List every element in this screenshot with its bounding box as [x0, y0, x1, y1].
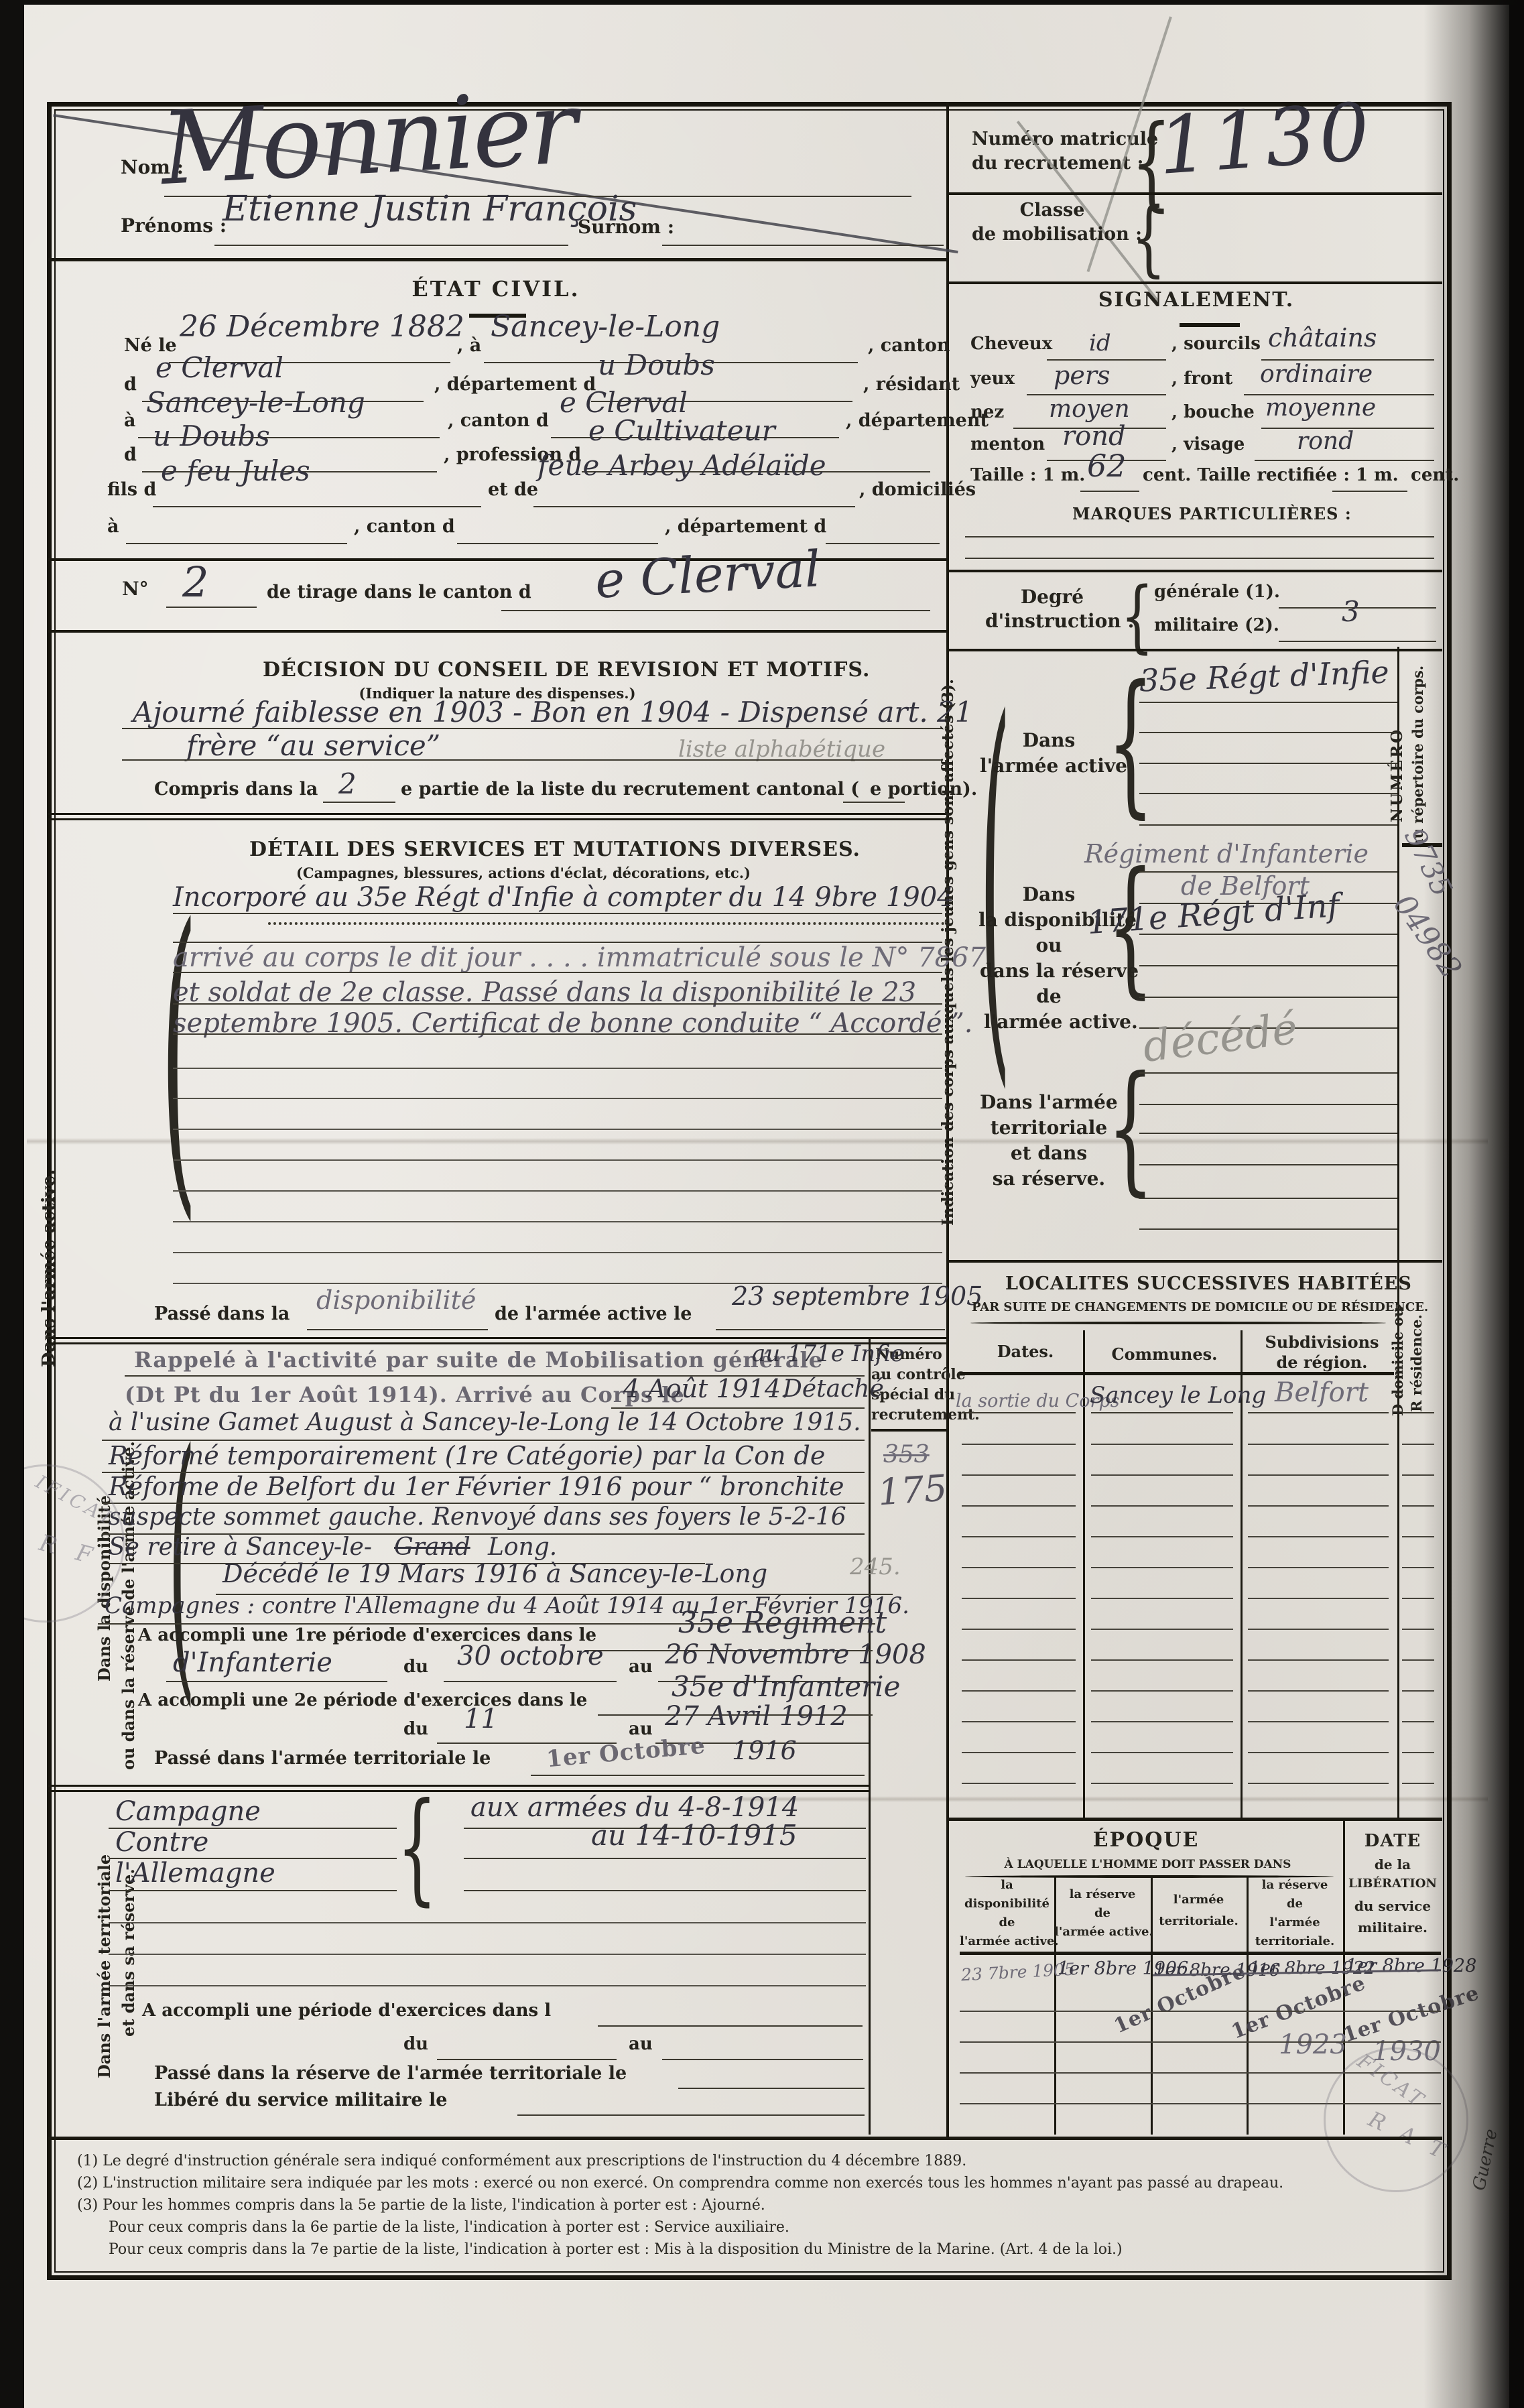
mobilisation-stamp-line2: (Dt Pt du 1er Août 1914). Arrivé au Corp…: [125, 1382, 685, 1407]
ruled-line: [173, 1098, 942, 1099]
a-residence-label: à: [124, 410, 136, 431]
territoriale-value: 1916: [732, 1736, 797, 1765]
blank-table-rows: [1091, 1414, 1233, 1789]
epoque-col2-h1: la réserve: [1054, 1887, 1151, 1901]
passe-dispo-value1: disponibilité: [316, 1285, 476, 1315]
decision-title: DÉCISION DU CONSEIL DE REVISION ET MOTIF…: [263, 658, 732, 682]
ruled-line: [323, 802, 395, 803]
passe-territoriale-label: Passé dans l'armée territoriale le: [154, 1748, 491, 1769]
ruled-line: [1139, 793, 1397, 794]
periode1-au-value: 26 Novembre 1908: [665, 1639, 926, 1670]
controle-value: 175: [877, 1466, 948, 1513]
localites-subtitle: PAR SUITE DE CHANGEMENTS DE DOMICILE OU …: [972, 1300, 1414, 1314]
mobilisation-line7-post: Long.: [488, 1533, 557, 1561]
ruled-line: [437, 2059, 617, 2060]
footnote-divider: [48, 2137, 1442, 2140]
campagne-word2: Contre: [115, 1827, 208, 1858]
etat-civil-title: ÉTAT CIVIL.: [362, 276, 630, 302]
title-dash: [1180, 323, 1240, 327]
visage-label: , visage: [1171, 434, 1245, 454]
section-divider: [949, 1818, 1442, 1821]
section-divider: [48, 813, 946, 815]
stamp-text: FICAT: [1352, 2049, 1430, 2113]
nom-value-signature: Monnier: [158, 70, 578, 208]
matricule-value: 1130: [1155, 85, 1376, 192]
ruled-line: [464, 1890, 866, 1891]
prenoms-label: Prénoms :: [121, 214, 227, 237]
et-de-label: et de: [488, 479, 538, 500]
taille-rectifiee-label: cent. Taille rectifiée : 1 m.: [1143, 465, 1399, 485]
ruled-line: [166, 1681, 387, 1682]
degre-militaire-value: 3: [1342, 595, 1360, 628]
margin-box-rule: [871, 1429, 946, 1432]
visage-value: rond: [1297, 428, 1354, 455]
ruled-line: [1139, 1198, 1397, 1199]
col-header-subdivisions-1: Subdivisions: [1250, 1332, 1394, 1352]
controle-pencil-value: 245.: [850, 1554, 901, 1580]
armee-active-label-2: l'armée active.: [980, 755, 1117, 777]
ruled-line: [173, 972, 942, 973]
campagne-word3: l'Allemagne: [115, 1858, 275, 1889]
epoque-col1-h2: disponibilité: [960, 1897, 1054, 1911]
yeux-value: pers: [1054, 361, 1110, 390]
detache-value: Détaché: [783, 1375, 884, 1403]
canton-naissance-value: e Clerval: [155, 351, 283, 384]
section-divider: [949, 649, 1442, 651]
section-divider: [949, 1260, 1442, 1263]
mobilisation-line4: Réformé temporairement (1re Catégorie) p…: [109, 1441, 825, 1470]
territoriale-au-label: au: [629, 2034, 653, 2054]
periode2-du-value: 11: [464, 1704, 498, 1734]
compris-value: 2: [338, 767, 357, 800]
localites-row-subdivision: Belfort: [1275, 1377, 1369, 1408]
ruled-line: [1248, 1412, 1389, 1413]
tirage-canton-value: e Clerval: [594, 540, 822, 609]
decede-line: Décédé le 19 Mars 1916 à Sancey-le-Long: [223, 1559, 767, 1588]
periode1-du-label: du: [403, 1657, 428, 1677]
epoque-col3-h2: territoriale.: [1151, 1914, 1247, 1928]
compris-suite-label: e partie de la liste du recrutement cant…: [401, 779, 859, 800]
libere-label: Libéré du service militaire le: [154, 2090, 447, 2110]
ruled-line: [662, 245, 944, 246]
surnom-label: Surnom :: [578, 216, 674, 238]
domicilies-label: , domiciliés: [859, 479, 976, 500]
dispo-label-3: ou: [1019, 934, 1079, 956]
epoque-col4-h2: de: [1247, 1897, 1343, 1911]
canton-domicile-label: , canton d: [354, 516, 455, 537]
epoque-col2-h3: l'armée active.: [1054, 1925, 1151, 1939]
departement-naissance-value: u Doubs: [598, 348, 715, 381]
table-header-rule: [960, 1372, 1394, 1375]
cheveux-value: id: [1089, 330, 1111, 357]
ruled-line: [965, 558, 1434, 559]
degre-label-line2: d'instruction :: [985, 610, 1119, 632]
canton-label: , canton: [868, 335, 950, 356]
ruled-line: [843, 802, 905, 803]
portion-label: e portion).: [870, 779, 977, 800]
ruled-line: [533, 506, 855, 507]
section-divider: [949, 192, 1442, 195]
side-label-territoriale-2: et dans sa réserve.: [119, 1868, 138, 2037]
footnote-1: (1) Le degré d'instruction générale sera…: [77, 2153, 966, 2169]
ruled-line: [307, 1329, 488, 1330]
section-divider: [48, 1337, 946, 1339]
section-divider: [48, 630, 946, 633]
terr-label-1: Dans l'armée: [980, 1091, 1117, 1113]
services-line2: arrivé au corps le dit jour . . . . imma…: [173, 942, 986, 973]
periode-territoriale-label: A accompli une période d'exercices dans …: [142, 2001, 551, 2021]
side-label-indication-corps: Indication des corps auxquels les jeunes…: [939, 679, 957, 1226]
ruled-line: [662, 2059, 863, 2060]
ruled-line: [962, 1412, 1076, 1413]
ruled-line: [173, 1003, 942, 1005]
dotted-line: [268, 922, 945, 925]
ruled-line: [173, 1068, 942, 1069]
prenoms-value: Etienne Justin François: [223, 189, 637, 229]
scan-shadow-right: [1423, 0, 1524, 2408]
front-value: ordinaire: [1260, 361, 1373, 388]
ruled-line: [598, 2025, 863, 2027]
ruled-line: [457, 543, 658, 544]
periode1-value2: d'Infanterie: [173, 1647, 332, 1678]
ruled-line: [1139, 1133, 1397, 1134]
footnote-3: (3) Pour les hommes compris dans la 5e p…: [77, 2197, 765, 2214]
nez-value: moyen: [1049, 395, 1130, 423]
date-naissance-value: 26 Décembre 1882: [180, 310, 464, 344]
canton-residence-label: , canton d: [448, 410, 549, 431]
a-domicile-label: à: [107, 516, 119, 537]
epoque-col1-h3: de: [960, 1915, 1054, 1929]
departement-residence-label: , département: [846, 410, 989, 431]
ruled-line: [126, 543, 347, 544]
classe-label-line1: Classe: [972, 200, 1133, 220]
col-header-communes: Communes.: [1092, 1344, 1236, 1364]
ruled-line: [1139, 1104, 1397, 1105]
armee-active-label-1: Dans: [999, 729, 1099, 751]
mobilisation-line6: suspecte sommet gauche. Renvoyé dans ses…: [109, 1503, 846, 1531]
dispo-value-1: Régiment d'Infanterie: [1084, 839, 1369, 869]
epoque-col2-h2: de: [1054, 1906, 1151, 1920]
compris-label: Compris dans la: [154, 779, 318, 800]
ruled-line: [1255, 460, 1434, 461]
territoriale-du-label: du: [403, 2034, 428, 2054]
epoque-col4-h1: la réserve: [1247, 1878, 1343, 1892]
ruled-line: [1139, 1228, 1397, 1230]
passe-dispo-label: Passé dans la: [154, 1304, 290, 1324]
taille-label: Taille : 1 m.: [970, 465, 1085, 485]
campagne-word1: Campagne: [115, 1796, 261, 1827]
brace-glyph: {: [1107, 1058, 1154, 1198]
matricule-label-line1: Numéro matricule: [972, 129, 1133, 149]
epoque-col1-h1: la: [960, 1878, 1054, 1892]
marques-label: MARQUES PARTICULIÈRES :: [1072, 504, 1320, 523]
terr-label-3: et dans: [999, 1142, 1099, 1164]
mobilisation-line7-pre: Se retire à Sancey-le-: [109, 1533, 372, 1561]
ruled-line: [173, 1129, 942, 1130]
ruled-line: [122, 759, 943, 761]
services-subtitle: (Campagnes, blessures, actions d'éclat, …: [296, 865, 672, 881]
ruled-line: [173, 1190, 942, 1192]
signalement-title: SIGNALEMENT.: [1045, 288, 1347, 312]
mobilisation-line7-struck: Grand: [394, 1533, 470, 1561]
epoque-col4-h3: l'armée: [1247, 1915, 1343, 1929]
bouche-value: moyenne: [1265, 394, 1376, 422]
epoque-col1-h4: l'armée active.: [960, 1934, 1054, 1948]
periode2-au-value: 27 Avril 1912: [665, 1701, 848, 1732]
dispo-label-5: de: [1019, 985, 1079, 1007]
ruled-line: [1139, 702, 1397, 703]
ruled-line: [678, 2088, 865, 2089]
scanned-military-record-page: Nom : Monnier Prénoms : Etienne Justin F…: [0, 0, 1524, 2408]
ruled-line: [173, 913, 942, 914]
numero-tirage-value: 2: [182, 558, 208, 607]
ruled-line: [1091, 1412, 1233, 1413]
dispo-label-1: Dans: [999, 883, 1099, 905]
mobilisation-hand-regiment: au 171e Infie: [752, 1340, 904, 1367]
services-title: DÉTAIL DES SERVICES ET MUTATIONS DIVERSE…: [249, 838, 718, 861]
periode1-du-value: 30 octobre: [457, 1641, 604, 1671]
bouche-label: , bouche: [1171, 402, 1255, 422]
taille-value: 62: [1087, 448, 1127, 484]
ruled-line: [965, 536, 1434, 537]
profession-value: e Cultivateur: [588, 414, 775, 447]
numero-column-divider: [1397, 647, 1399, 1818]
ruled-line: [1080, 491, 1139, 492]
classe-label-line2: de mobilisation :: [972, 224, 1133, 245]
du-label: d: [124, 444, 137, 465]
front-label: , front: [1171, 369, 1232, 389]
ruled-line: [173, 1252, 942, 1253]
ruled-line: [1139, 732, 1397, 733]
side-label-domicile-2: R résidence.: [1408, 1314, 1425, 1412]
ruled-line: [109, 1954, 866, 1955]
ruled-line: [826, 543, 940, 544]
periode1-au-label: au: [629, 1657, 653, 1677]
pere-value: e feu Jules: [161, 454, 310, 487]
numero-repertoire-label-1: NUMÉRO: [1388, 728, 1406, 822]
residence-value: Sancey-le-Long: [146, 386, 365, 419]
ruled-line: [464, 1858, 866, 1859]
epoque-subtitle: À LAQUELLE L'HOMME DOIT PASSER DANS: [962, 1858, 1334, 1871]
side-label-domicile-1: D domicile ou: [1389, 1307, 1406, 1416]
controle-crossed-value: 353: [883, 1441, 930, 1468]
services-line1: Incorporé au 35e Régt d'Infie à compter …: [173, 882, 954, 913]
blank-table-rows: [1054, 1981, 1151, 2115]
de-label: d: [124, 374, 137, 395]
ruled-line: [1139, 934, 1397, 935]
ruled-line: [531, 1775, 865, 1776]
ruled-line: [109, 1890, 397, 1891]
ruled-line: [517, 2114, 865, 2116]
controle-label-line4: recrutement.: [871, 1406, 946, 1423]
departement-domicile-label: , département d: [665, 516, 826, 537]
decision-line1: Ajourné faiblesse en 1903 - Bon en 1904 …: [133, 696, 973, 728]
ruled-line: [173, 1033, 942, 1035]
brace-glyph: {: [1131, 198, 1166, 280]
section-divider: [949, 570, 1442, 572]
ruled-line: [173, 1159, 942, 1161]
degre-generale-label: générale (1).: [1154, 582, 1280, 602]
scan-edge-top: [0, 0, 1524, 5]
ruled-line: [1139, 824, 1397, 826]
residant-label: , résidant: [863, 374, 960, 395]
footnote-5: Pour ceux compris dans la 7e partie de l…: [109, 2241, 1123, 2258]
dispo-label-4: dans la réserve: [980, 960, 1117, 982]
blank-table-rows: [960, 1981, 1054, 2115]
sourcils-value: châtains: [1268, 323, 1377, 353]
tirage-canton-label: de tirage dans le canton d: [267, 582, 531, 603]
decision-line2: frère “au service”: [186, 729, 440, 762]
localites-title: LOCALITES SUCCESSIVES HABITÉES: [1005, 1273, 1381, 1294]
numero-tirage-label: N°: [122, 578, 149, 600]
brace-glyph: {: [397, 1788, 437, 1909]
ruled-line: [1139, 965, 1397, 966]
ruled-line: [501, 610, 930, 611]
stamp-text: R F: [36, 1529, 101, 1571]
table-header-rule: [960, 1952, 1441, 1955]
margin-column-divider: [869, 1337, 871, 2135]
ruled-line: [444, 1681, 617, 1682]
section-divider: [48, 818, 946, 820]
col-header-dates: Dates.: [968, 1342, 1082, 1361]
sourcils-label: , sourcils: [1171, 334, 1261, 354]
ruled-line: [214, 245, 568, 246]
ruled-line: [166, 607, 257, 608]
ruled-line: [716, 1329, 945, 1330]
terr-label-2: territoriale: [985, 1117, 1113, 1139]
scan-edge-left: [0, 0, 24, 2408]
periode2-au-label: au: [629, 1719, 653, 1739]
periode2-value: 35e d'Infanterie: [672, 1670, 900, 1703]
periode2-du-label: du: [403, 1719, 428, 1739]
blank-table-rows: [1151, 1981, 1247, 2115]
footnote-4: Pour ceux compris dans la 6e partie de l…: [109, 2219, 789, 2236]
fils-de-label: fils d: [107, 479, 156, 500]
a-label: , à: [457, 335, 481, 356]
campagne-value2: au 14-10-1915: [591, 1819, 798, 1852]
col-header-subdivisions-2: de région.: [1250, 1352, 1394, 1372]
ruled-line: [1139, 997, 1397, 998]
localites-row-commune: Sancey le Long: [1090, 1382, 1266, 1409]
section-divider: [949, 281, 1442, 284]
ruled-line: [109, 1985, 866, 1986]
periode2-label: A accompli une 2e période d'exercices da…: [138, 1690, 587, 1710]
ruled-line: [1279, 641, 1436, 642]
degre-militaire-label: militaire (2).: [1154, 615, 1279, 635]
ruled-line: [109, 1922, 866, 1923]
passe-dispo-value2: 23 septembre 1905: [732, 1281, 982, 1311]
terr-label-4: sa réserve.: [992, 1167, 1106, 1190]
brace-glyph: (: [161, 888, 198, 1223]
ruled-line: [153, 506, 481, 507]
reserve-territoriale-label: Passé dans la réserve de l'armée territo…: [154, 2063, 627, 2084]
passe-dispo-suite-label: de l'armée active le: [495, 1304, 692, 1324]
yeux-label: yeux: [970, 369, 1015, 389]
epoque-col4-h4: territoriale.: [1247, 1934, 1343, 1948]
degre-label-line1: Degré: [985, 586, 1119, 608]
ruled-line: [1139, 1164, 1397, 1165]
ruled-line: [1139, 1072, 1397, 1074]
mobilisation-line3: à l'usine Gamet August à Sancey-le-Long …: [109, 1409, 861, 1436]
lieu-naissance-value: Sancey-le-Long: [491, 310, 720, 344]
footnote-2: (2) L'instruction militaire sera indiqué…: [77, 2175, 1283, 2192]
ruled-line: [1139, 763, 1397, 764]
cheveux-label: Cheveux: [970, 334, 1052, 354]
epoque-title: ÉPOQUE: [1025, 1828, 1267, 1852]
dispo-label-6: l'armée active.: [984, 1011, 1115, 1033]
menton-label: menton: [970, 434, 1045, 454]
ruled-line: [1332, 491, 1407, 492]
brace-glyph: {: [1121, 578, 1154, 656]
mobilisation-stamp-line1: Rappelé à l'activité par suite de Mobili…: [134, 1347, 823, 1373]
section-divider: [48, 1785, 869, 1787]
decision-pencil-note: liste alphabétique: [678, 736, 885, 763]
mobilisation-line5: Réforme de Belfort du 1er Février 1916 p…: [109, 1472, 844, 1501]
epoque-col3-h1: l'armée: [1151, 1893, 1247, 1907]
departement-residence-value: u Doubs: [153, 420, 270, 452]
section-divider: [48, 258, 946, 261]
blank-table-rows: [1248, 1414, 1389, 1789]
decorative-rule: [970, 1322, 1386, 1324]
side-label-territoriale-1: Dans l'armée territoriale: [94, 1854, 114, 2078]
ruled-line: [173, 1221, 942, 1222]
periode1-value: 35e Régiment: [678, 1606, 887, 1640]
blank-table-rows: [962, 1414, 1076, 1789]
arrive-corps-value: 4 Août 1914.: [623, 1374, 789, 1403]
mere-value: feue Arbey Adélaïde: [537, 449, 826, 482]
